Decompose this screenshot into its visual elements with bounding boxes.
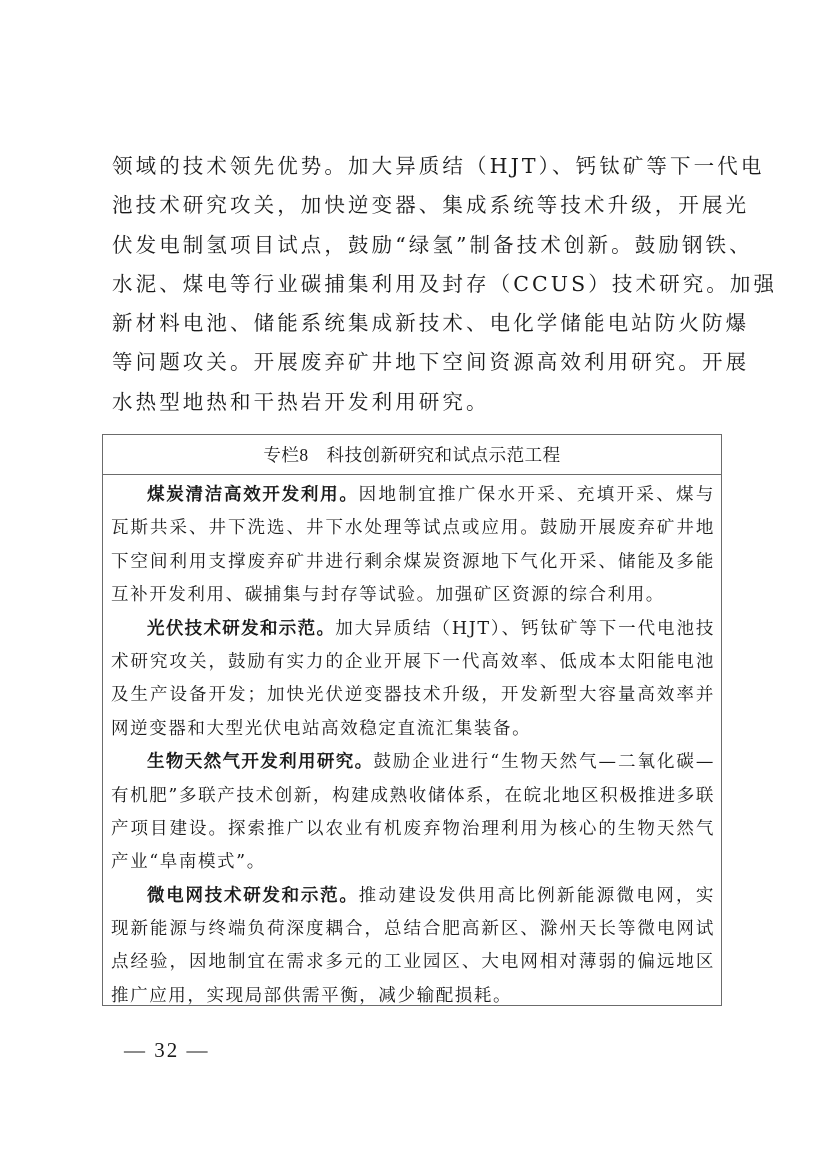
column-box: 专栏8科技创新研究和试点示范工程 煤炭清洁高效开发利用。因地制宜推广保水开采、充… [102,434,722,1006]
body-line: 伏发电制氢项目试点，鼓励“绿氢”制备技术创新。鼓励钢铁、 [112,226,718,265]
section-title: 煤炭清洁高效开发利用。 [147,485,359,505]
section-title: 光伏技术研发和示范。 [147,619,335,639]
section-line: 点经验，因地制宜在需求多元的工业园区、大电网相对薄弱的偏远地区 [111,946,715,979]
page-number: — 32 — [124,1038,210,1063]
body-paragraph: 领域的技术领先优势。加大异质结（HJT）、钙钛矿等下一代电 池技术研究攻关，加快… [112,147,718,422]
section-first-line: 煤炭清洁高效开发利用。因地制宜推广保水开采、充填开采、煤与 [111,479,715,512]
section-photovoltaic: 光伏技术研发和示范。加大异质结（HJT）、钙钛矿等下一代电池技 术研究攻关，鼓励… [111,613,715,747]
section-microgrid: 微电网技术研发和示范。推动建设发供用高比例新能源微电网，实 现新能源与终端负荷深… [111,880,715,1014]
section-line: 产项目建设。探索推广以农业有机废弃物治理利用为核心的生物天然气 [111,813,715,846]
section-line: 有机肥”多联产技术创新，构建成熟收储体系，在皖北地区积极推进多联 [111,780,715,813]
body-line: 水热型地热和干热岩开发利用研究。 [112,383,718,422]
section-text: 因地制宜推广保水开采、充填开采、煤与 [359,485,715,505]
column-box-body: 煤炭清洁高效开发利用。因地制宜推广保水开采、充填开采、煤与 瓦斯共采、井下洗选、… [103,475,721,1013]
body-line: 等问题攻关。开展废弃矿井地下空间资源高效利用研究。开展 [112,343,718,382]
column-title: 科技创新研究和试点示范工程 [327,446,561,466]
section-first-line: 生物天然气开发利用研究。鼓励企业进行“生物天然气—二氧化碳— [111,746,715,779]
section-text: 加大异质结（HJT）、钙钛矿等下一代电池技 [335,619,715,639]
section-line: 瓦斯共采、井下洗选、井下水处理等试点或应用。鼓励开展废弃矿井地 [111,512,715,545]
section-first-line: 光伏技术研发和示范。加大异质结（HJT）、钙钛矿等下一代电池技 [111,613,715,646]
section-line: 术研究攻关，鼓励有实力的企业开展下一代高效率、低成本太阳能电池 [111,646,715,679]
section-title: 生物天然气开发利用研究。 [147,752,373,772]
body-line: 领域的技术领先优势。加大异质结（HJT）、钙钛矿等下一代电 [112,147,718,186]
section-line: 下空间利用支撑废弃矿井进行剩余煤炭资源地下气化开采、储能及多能 [111,546,715,579]
column-number: 8 [299,445,308,465]
section-line: 现新能源与终端负荷深度耦合，总结合肥高新区、滁州天长等微电网试 [111,913,715,946]
section-line: 网逆变器和大型光伏电站高效稳定直流汇集装备。 [111,713,715,746]
document-page: 领域的技术领先优势。加大异质结（HJT）、钙钛矿等下一代电 池技术研究攻关，加快… [0,0,826,1169]
body-line: 水泥、煤电等行业碳捕集利用及封存（CCUS）技术研究。加强 [112,265,718,304]
section-biogas: 生物天然气开发利用研究。鼓励企业进行“生物天然气—二氧化碳— 有机肥”多联产技术… [111,746,715,880]
section-line: 产业“阜南模式”。 [111,846,715,879]
section-coal: 煤炭清洁高效开发利用。因地制宜推广保水开采、充填开采、煤与 瓦斯共采、井下洗选、… [111,479,715,613]
column-box-header: 专栏8科技创新研究和试点示范工程 [103,435,721,475]
body-line: 新材料电池、储能系统集成新技术、电化学储能电站防火防爆 [112,304,718,343]
section-text: 推动建设发供用高比例新能源微电网，实 [359,886,715,906]
body-line: 池技术研究攻关，加快逆变器、集成系统等技术升级，开展光 [112,186,718,225]
section-line: 及生产设备开发；加快光伏逆变器技术升级，开发新型大容量高效率并 [111,679,715,712]
section-title: 微电网技术研发和示范。 [147,886,359,906]
column-label: 专栏 [263,446,299,466]
section-line: 推广应用，实现局部供需平衡，减少输配损耗。 [111,980,715,1013]
section-text: 鼓励企业进行“生物天然气—二氧化碳— [373,752,715,772]
section-first-line: 微电网技术研发和示范。推动建设发供用高比例新能源微电网，实 [111,880,715,913]
section-line: 互补开发利用、碳捕集与封存等试验。加强矿区资源的综合利用。 [111,579,715,612]
